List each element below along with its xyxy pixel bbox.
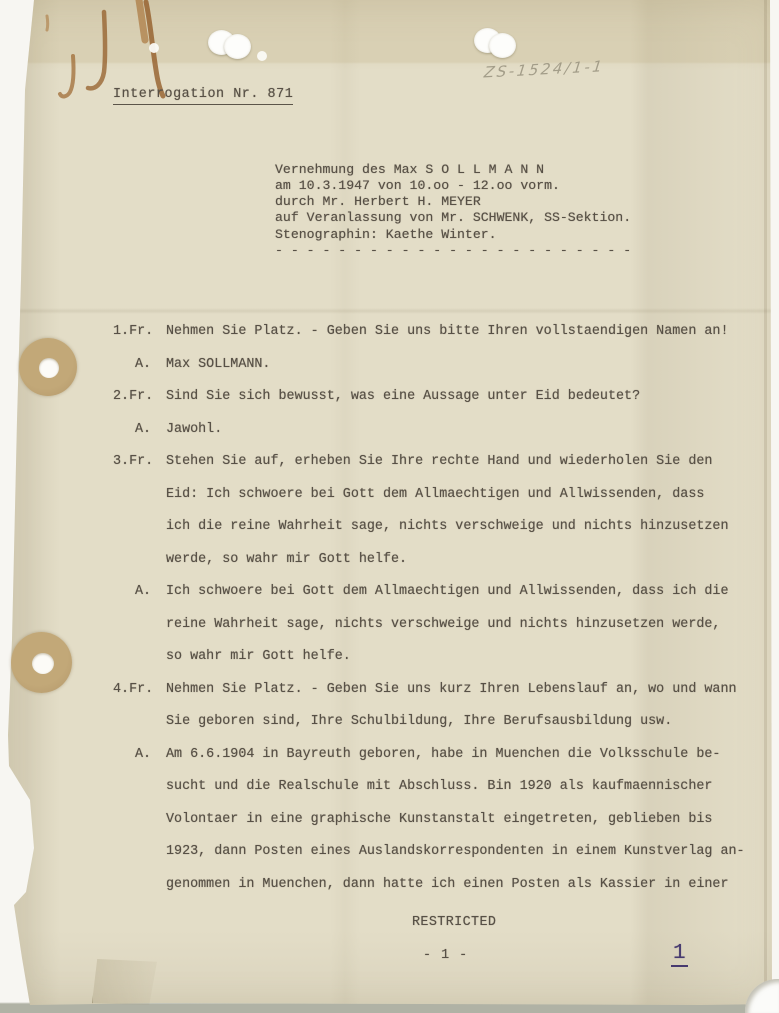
answer-label: A. [135, 584, 151, 599]
question-label: 1.Fr. [113, 324, 153, 339]
punch-hole [224, 34, 251, 59]
question-label: 3.Fr. [113, 454, 153, 469]
classification-marking: RESTRICTED [412, 915, 496, 930]
paper-sheet [0, 0, 779, 1013]
binder-hole [32, 653, 54, 674]
qa-text: werde, so wahr mir Gott helfe. [166, 552, 407, 567]
qa-text: Am 6.6.1904 in Bayreuth geboren, habe in… [166, 747, 720, 762]
qa-text: 1923, dann Posten eines Auslandskorrespo… [166, 844, 745, 859]
qa-text: Eid: Ich schwoere bei Gott dem Allmaecht… [166, 487, 704, 502]
qa-text: Nehmen Sie Platz. - Geben Sie uns bitte … [166, 324, 729, 339]
qa-text: Sind Sie sich bewusst, was eine Aussage … [166, 389, 640, 404]
page-number-stamp: 1 [671, 942, 688, 967]
qa-text: genommen in Muenchen, dann hatte ich ein… [166, 877, 729, 892]
punch-hole-pair-right [474, 26, 530, 66]
qa-text: Sie geboren sind, Ihre Schulbildung, Ihr… [166, 714, 672, 729]
qa-text: so wahr mir Gott helfe. [166, 649, 351, 664]
qa-text: Max SOLLMANN. [166, 357, 270, 372]
answer-label: A. [135, 422, 151, 437]
punch-hole-pair-left [208, 28, 264, 68]
question-label: 2.Fr. [113, 389, 153, 404]
header-line: Vernehmung des Max S O L L M A N N [275, 162, 631, 178]
vertical-crease [764, 0, 767, 1004]
document-title: Interrogation Nr. 871 [113, 87, 293, 105]
qa-text: Nehmen Sie Platz. - Geben Sie uns kurz I… [166, 682, 737, 697]
hole-reinforcement-bottom [11, 632, 72, 693]
header-line: durch Mr. Herbert H. MEYER [275, 194, 631, 210]
header-line: Stenographin: Kaethe Winter. [275, 227, 631, 243]
punch-hole [489, 33, 516, 58]
qa-text: Ich schwoere bei Gott dem Allmaechtigen … [166, 584, 729, 599]
qa-text: Jawohl. [166, 422, 222, 437]
qa-text: ich die reine Wahrheit sage, nichts vers… [166, 519, 729, 534]
page-number-typed: - 1 - [423, 948, 468, 963]
hole-reinforcement-top [19, 338, 77, 396]
bottom-left-fold-crease [92, 959, 157, 1005]
qa-text: Volontaer in eine graphische Kunstanstal… [166, 812, 712, 827]
scanned-document-page: ZS-1524/1-1 Interrogation Nr. 871 Verneh… [0, 0, 779, 1013]
question-label: 4.Fr. [113, 682, 153, 697]
answer-label: A. [135, 357, 151, 372]
qa-text: Stehen Sie auf, erheben Sie Ihre rechte … [166, 454, 712, 469]
qa-text: sucht und die Realschule mit Abschluss. … [166, 779, 712, 794]
header-line: auf Veranlassung von Mr. SCHWENK, SS-Sek… [275, 210, 631, 226]
header-line: am 10.3.1947 von 10.oo - 12.oo vorm. [275, 178, 631, 194]
header-line: - - - - - - - - - - - - - - - - - - - - … [275, 243, 631, 259]
qa-text: reine Wahrheit sage, nichts verschweige … [166, 617, 720, 632]
hearing-header-block: Vernehmung des Max S O L L M A N Nam 10.… [275, 162, 631, 259]
binder-hole [39, 358, 59, 378]
answer-label: A. [135, 747, 151, 762]
